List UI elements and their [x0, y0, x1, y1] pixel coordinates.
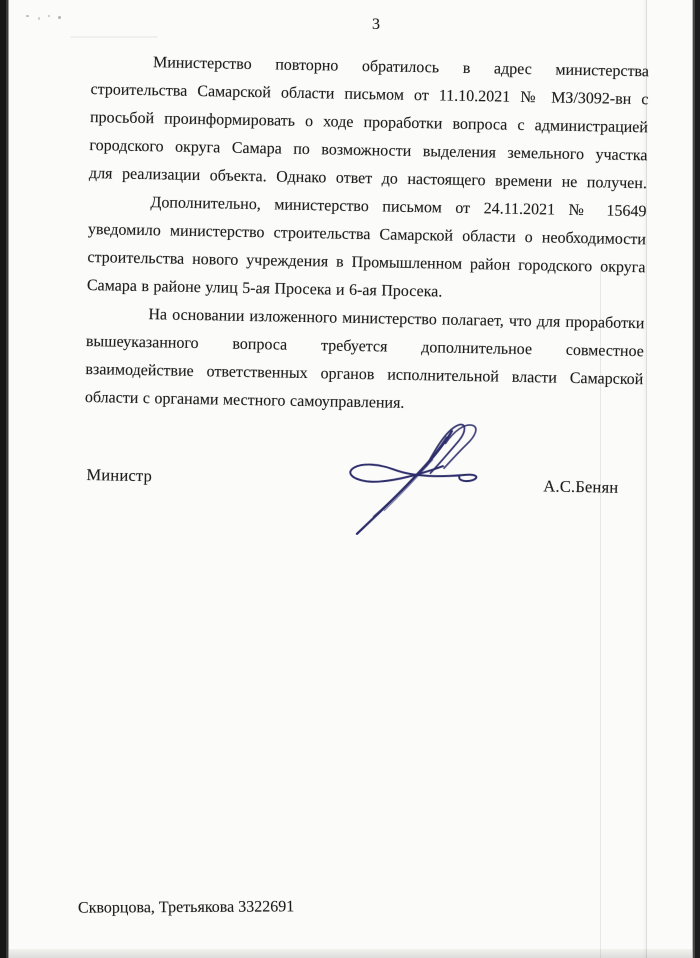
bottom-scan-edge — [9, 949, 692, 958]
signatory-name: А.С.Бенян — [543, 476, 618, 497]
page-number: 3 — [369, 16, 383, 34]
signature-row: Министр А.С.Бенян — [88, 48, 650, 258]
right-scan-edge — [692, 0, 700, 958]
handwritten-signature-icon — [342, 415, 494, 542]
left-scan-edge — [0, 0, 9, 958]
footer-executors: Скворцова, Третьякова 3322691 — [78, 898, 294, 917]
document-content: Министерство повторно обратилось в адрес… — [81, 48, 649, 618]
scan-noise-smudge — [70, 36, 158, 38]
scanned-document-page: 3 Министерство повторно обратилось в адр… — [0, 0, 700, 958]
minister-title: Министр — [86, 465, 152, 486]
